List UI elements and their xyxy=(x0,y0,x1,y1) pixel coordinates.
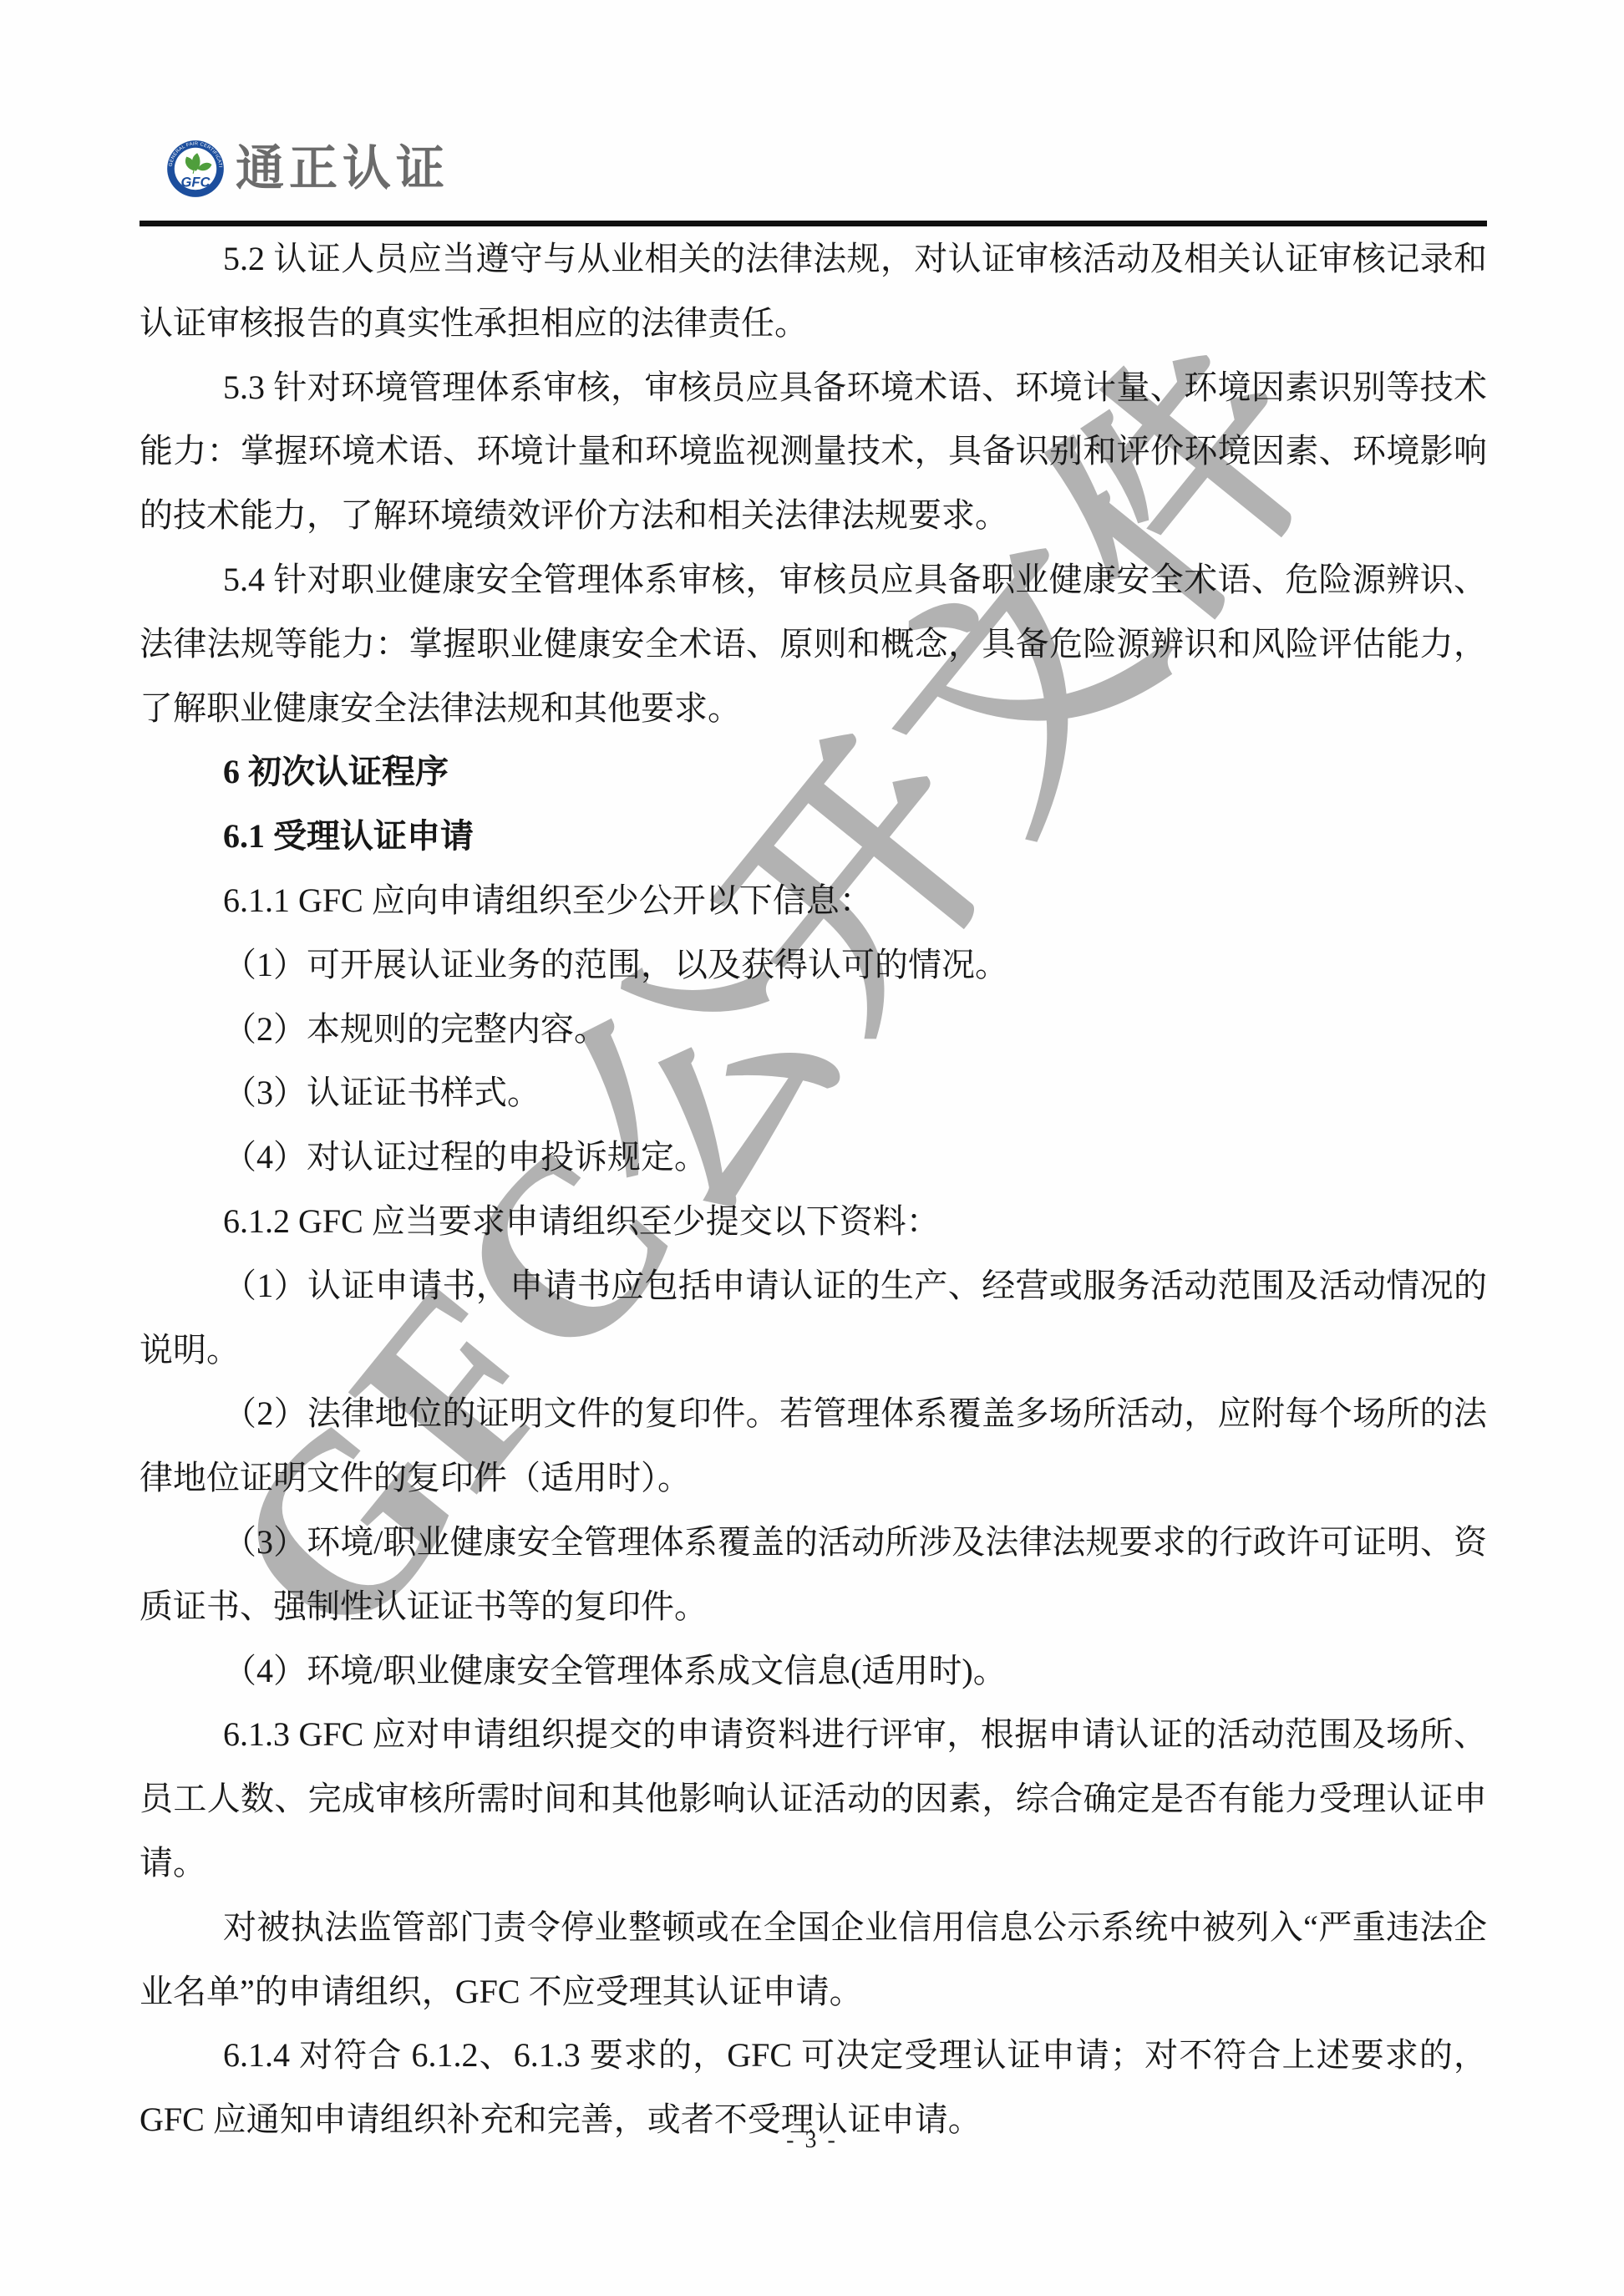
document-header: GENERAL FAIR CERTIFICATION GFC 通正认证 xyxy=(165,139,449,199)
paragraph: 5.3 针对环境管理体系审核，审核员应具备环境术语、环境计量、环境因素识别等技术… xyxy=(140,356,1487,548)
paragraph: 6.1.3 GFC 应对申请组织提交的申请资料进行评审，根据申请认证的活动范围及… xyxy=(140,1703,1487,1895)
page-number: - 3 - xyxy=(786,2127,838,2153)
paragraph: 6.1.1 GFC 应向申请组织至少公开以下信息： xyxy=(140,869,1487,933)
paragraph: （2）法律地位的证明文件的复印件。若管理体系覆盖多场所活动，应附每个场所的法律地… xyxy=(140,1382,1487,1511)
company-name: 通正认证 xyxy=(236,145,449,193)
paragraph: （4）对认证过程的申投诉规定。 xyxy=(140,1125,1487,1190)
paragraph: （4）环境/职业健康安全管理体系成文信息(适用时)。 xyxy=(140,1639,1487,1704)
paragraph: （2）本规则的完整内容。 xyxy=(140,998,1487,1062)
paragraph: 6.1.2 GFC 应当要求申请组织至少提交以下资料： xyxy=(140,1190,1487,1254)
header-divider xyxy=(140,221,1487,226)
gfc-logo-badge-icon: GENERAL FAIR CERTIFICATION GFC xyxy=(165,139,226,199)
paragraph: 对被执法监管部门责令停业整顿或在全国企业信用信息公示系统中被列入“严重违法企业名… xyxy=(140,1896,1487,2024)
paragraph: 6 初次认证程序 xyxy=(140,740,1487,805)
paragraph: 5.2 认证人员应当遵守与从业相关的法律法规，对认证审核活动及相关认证审核记录和… xyxy=(140,227,1487,356)
document-footer: - 3 - xyxy=(0,2127,1624,2154)
paragraph: 5.4 针对职业健康安全管理体系审核，审核员应具备职业健康安全术语、危险源辨识、… xyxy=(140,548,1487,740)
document-content: 5.2 认证人员应当遵守与从业相关的法律法规，对认证审核活动及相关认证审核记录和… xyxy=(140,227,1487,2152)
paragraph: （1）认证申请书，申请书应包括申请认证的生产、经营或服务活动范围及活动情况的说明… xyxy=(140,1254,1487,1383)
paragraph: 6.1 受理认证申请 xyxy=(140,805,1487,869)
paragraph: （3）环境/职业健康安全管理体系覆盖的活动所涉及法律法规要求的行政许可证明、资质… xyxy=(140,1511,1487,1639)
paragraph: （1）可开展认证业务的范围，以及获得认可的情况。 xyxy=(140,933,1487,998)
badge-abbr-text: GFC xyxy=(181,175,211,190)
document-page: GENERAL FAIR CERTIFICATION GFC 通正认证 GFC公… xyxy=(0,0,1624,2296)
paragraph: （3）认证证书样式。 xyxy=(140,1061,1487,1125)
